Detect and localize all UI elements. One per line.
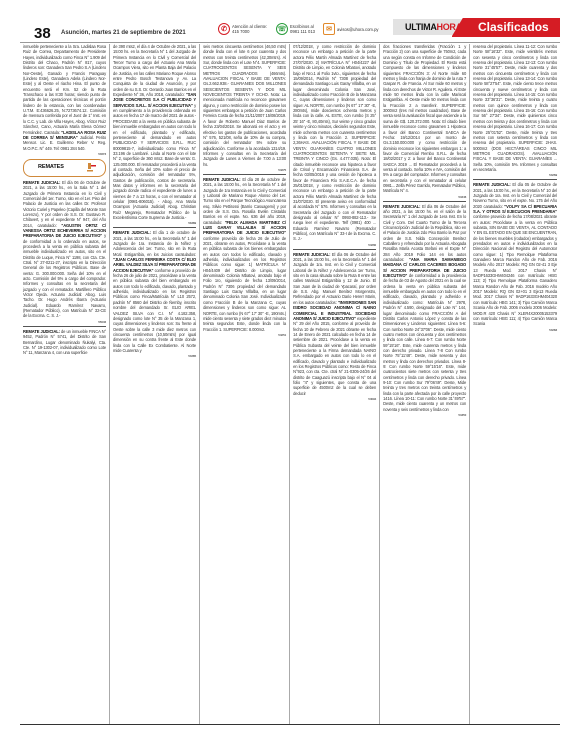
ad-ref: 54251: [203, 333, 286, 337]
column-4: 07/12/2018, y como restricción de domini…: [290, 44, 380, 724]
ultimahora-logo: ULTIMAHORA: [405, 22, 462, 32]
ad-text: inmueble perteneciente a la Sra. Ladisla…: [23, 44, 106, 135]
ad-lead: REMATE JUDICIAL:: [23, 329, 60, 334]
ad-separator: [383, 201, 466, 202]
classified-ad: REMATE JUDICIAL: de un inmueble FINCA N°…: [23, 329, 106, 356]
ad-text: expediente N° 29 del Año 2015, conforme …: [293, 316, 376, 396]
ad-text: El día 28 de octubre de 2021, a las 15:0…: [203, 177, 286, 225]
ad-ref: 54246: [383, 195, 466, 199]
classified-ad: 07/12/2018, y como restricción de domini…: [293, 44, 376, 242]
footer-rule: [20, 724, 560, 725]
phone-icon: ✆: [218, 23, 230, 35]
contact-customer-service: ✆ Atención al cliente: 415 7000: [218, 23, 267, 35]
page-number: 38: [34, 25, 51, 42]
ad-ref: 54094: [293, 397, 376, 401]
ad-text: de 390 mts2, el día 4 de Octubre de 2021…: [113, 44, 196, 97]
contact-email: ✉ avisos@uhora.com.py: [323, 23, 379, 35]
ad-ref: 55046: [23, 320, 106, 324]
gavel-icon: [87, 162, 97, 172]
ad-text: y en cumplimiento a la providencia orden…: [113, 103, 196, 220]
classified-ad: REMATE JUDICIAL: El día 06 de Octubre de…: [23, 180, 106, 319]
ad-text: conforme proveído de fecha 26 de Julio d…: [203, 236, 286, 332]
column-2: de 390 mts2, el día 4 de Octubre de 2021…: [110, 44, 200, 724]
ad-text: y de conformidad a lo ordenado en autos,…: [23, 233, 106, 318]
contact-whatsapp: ☏ Escribinos al 0981 111 013: [276, 23, 315, 35]
email-icon: ✉: [323, 23, 335, 35]
ad-text: El día 06 de Octubre de 2021, a las 15:0…: [23, 180, 106, 228]
classified-ad: inmueble perteneciente a la Sra. Ladisla…: [23, 44, 106, 151]
ad-separator: [293, 249, 376, 250]
classified-ad: de 390 mts2, el día 4 de Octubre de 2021…: [113, 44, 196, 220]
classified-ad: REMATE JUDICIAL: El día 28 de octubre de…: [203, 177, 286, 332]
ad-lead: REMATE JUDICIAL:: [113, 230, 151, 235]
ad-lead: REMATE JUDICIAL:: [473, 182, 511, 187]
classified-ad: REMATE JUDICIAL: El día 06 de Octubre de…: [383, 204, 466, 412]
header-rule: [20, 42, 560, 43]
ad-ref: 54275: [203, 168, 286, 172]
ad-separator: [203, 174, 286, 175]
classified-ad: REMATE JUDICIAL: El día 05 de Octubre de…: [473, 182, 557, 326]
column-6: reserva del propietario. Línea 11-12: Co…: [470, 44, 560, 724]
ad-text: conforme a proveído de fecha 26 de julio…: [113, 268, 196, 353]
ad-ref: 54283: [473, 328, 557, 332]
ad-text: de conformidad a la providencia de fecha…: [383, 273, 466, 412]
ad-lead: REMATE JUDICIAL:: [383, 204, 420, 209]
ad-ref: 54285: [113, 354, 196, 358]
ad-text: seis metros cincuenta centímetros (46,50…: [203, 44, 286, 167]
classified-ad: REMATE JUDICIAL: El día 06 de Octubre de…: [293, 252, 376, 396]
classified-ad: reserva del propietario. Línea 11-12: Co…: [473, 44, 557, 172]
contact-value: 0981 111 013: [290, 29, 315, 34]
ad-lead: REMATE JUDICIAL:: [203, 177, 241, 182]
ad-text: El día 06 de Octubre del año 2021, a las…: [383, 204, 466, 262]
ad-text: conforme proveído de fecha 17/08/2021 ob…: [473, 214, 557, 326]
ad-text: 07/12/2018, y como restricción de domini…: [293, 44, 376, 241]
column-5: dos fracciones transferidas (Fracción 1 …: [380, 44, 470, 724]
publication-date: Asunción, martes 21 de septiembre de 202…: [61, 30, 186, 36]
ad-separator: [473, 179, 557, 180]
column-3: seis metros cincuenta centímetros (46,50…: [200, 44, 290, 724]
classifieds-columns: inmueble perteneciente a la Sra. Ladisla…: [20, 44, 560, 724]
ad-ref: 53389: [113, 221, 196, 225]
ad-ref: 54269: [473, 173, 557, 177]
ad-ref: 54260: [293, 243, 376, 247]
ad-lead: REMATE JUDICIAL:: [23, 180, 60, 185]
contact-value: 415 7000: [232, 29, 267, 34]
section-title: Clasificados: [478, 20, 549, 34]
ad-lead: REMATE JUDICIAL:: [293, 252, 330, 257]
contact-value: avisos@uhora.com.py: [337, 27, 379, 32]
ad-text: reserva del propietario. Línea 11-12: Co…: [473, 44, 557, 172]
classified-ad: seis metros cincuenta centímetros (46,50…: [203, 44, 286, 167]
remates-section-header: REMATES: [23, 159, 106, 177]
ad-ref: 54673: [23, 152, 106, 156]
classified-ad: dos fracciones transferidas (Fracción 1 …: [383, 44, 466, 194]
ad-text: El día 06 de Octubre del 2021, a las 15:…: [293, 252, 376, 305]
ad-text: dos fracciones transferidas (Fracción 1 …: [383, 44, 466, 193]
whatsapp-icon: ☏: [276, 23, 288, 35]
page-header: 38 Asunción, martes 21 de septiembre de …: [0, 0, 580, 42]
logo-ultima: ULTIMA: [405, 22, 437, 32]
ad-separator: [23, 326, 106, 327]
remates-label: REMATES: [38, 165, 64, 170]
classified-ad: REMATE JUDICIAL: El día 1 de octubre de …: [113, 230, 196, 353]
ad-separator: [113, 227, 196, 228]
ad-ref: 54350: [383, 413, 466, 417]
column-1: inmueble perteneciente a la Sra. Ladisla…: [20, 44, 110, 724]
